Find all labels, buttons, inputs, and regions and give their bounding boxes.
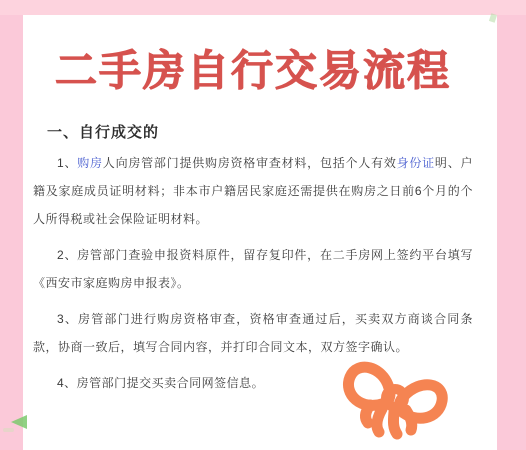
paragraph-1: 1、购房人向房管部门提供购房资格审查材料，包括个人有效身份证明、户籍及家庭成员证… <box>33 149 473 233</box>
page-background: 二手房自行交易流程 一、自行成交的 1、购房人向房管部门提供购房资格审查材料，包… <box>0 0 526 450</box>
link-goufang[interactable]: 购房 <box>77 156 103 170</box>
edge-smudge <box>3 428 14 432</box>
page-title: 二手房自行交易流程 <box>33 45 473 97</box>
paragraph-1-prefix: 1、 <box>57 156 77 170</box>
section-heading: 一、自行成交的 <box>33 123 473 143</box>
bow-icon <box>337 347 455 445</box>
paragraph-1-middle: 人向房管部门提供购房资格审查材料，包括个人有效 <box>103 156 397 170</box>
paragraph-2: 2、房管部门查验申报资料原件，留存复印件，在二手房网上签约平台填写《西安市家庭购… <box>33 241 473 297</box>
link-shenfenzheng[interactable]: 身份证 <box>397 156 435 170</box>
